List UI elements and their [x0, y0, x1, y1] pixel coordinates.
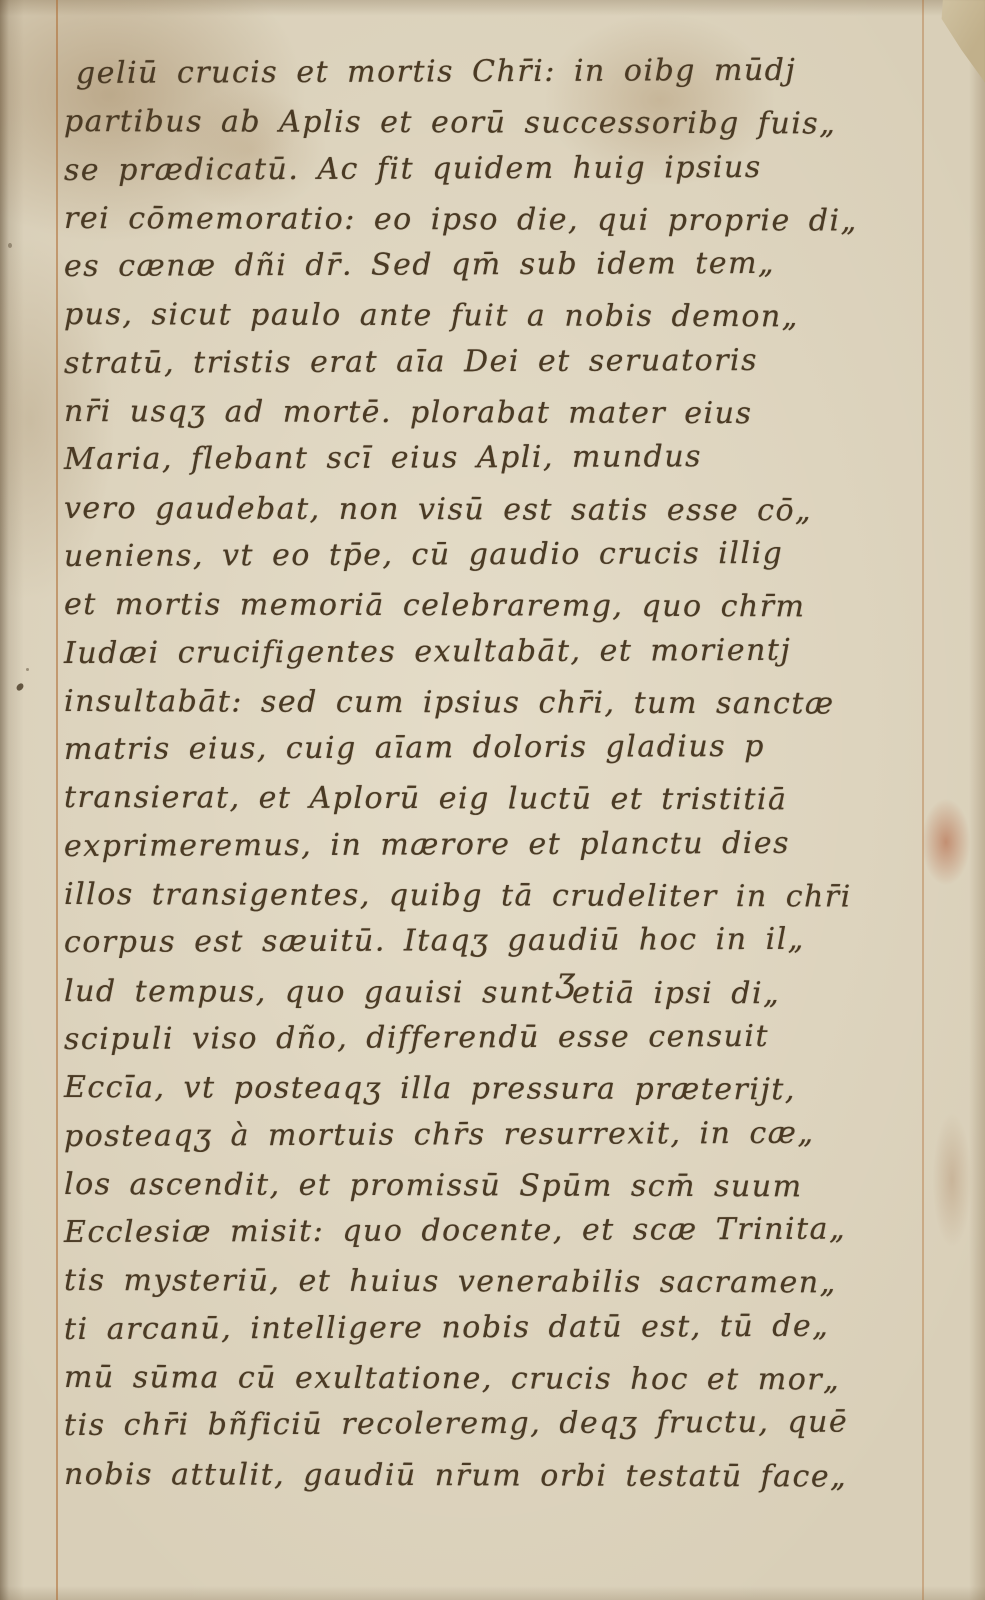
manuscript-line: pus, sicut paulo ante fuit a nobis demon… [64, 291, 964, 342]
interlinear-insertion-mark: ʒ [556, 960, 575, 1000]
ink-speck [15, 682, 25, 692]
manuscript-line: corpus est sæuitū. Itaqʒ gaudiū hoc in i… [64, 915, 964, 967]
manuscript-line: es cænæ dñi dr̄. Sed qm̄ sub idem tem„ [64, 239, 964, 291]
manuscript-line: et mortis memoriā celebraremg, quo chr̄m [64, 581, 964, 632]
manuscript-line: geliū crucis et mortis Chr̄i: in oibg mū… [64, 46, 964, 98]
manuscript-line: nobis attulit, gaudiū nr̄um orbi testatū… [64, 1451, 964, 1502]
manuscript-line: insultabāt: sed cum ipsius chr̄i, tum sa… [64, 678, 964, 729]
manuscript-line: stratū, tristis erat aīa Dei et seruator… [64, 336, 964, 388]
manuscript-line: nr̄i usqʒ ad mortē. plorabat mater eius [64, 388, 964, 439]
manuscript-line: mū sūma cū exultatione, crucis hoc et mo… [64, 1354, 964, 1405]
ink-speck [8, 243, 12, 248]
manuscript-line: tis mysteriū, et huius venerabilis sacra… [64, 1257, 964, 1308]
manuscript-line: se prædicatū. Ac fit quidem huig ipsius [64, 143, 964, 195]
left-margin-rule [56, 0, 58, 1600]
manuscript-line: tis chr̄i bñficiū recoleremg, deqʒ fruct… [64, 1398, 964, 1450]
manuscript-line: Maria, flebant scī eius Apli, mundus [64, 432, 964, 484]
manuscript-line: ti arcanū, intelligere nobis datū est, t… [64, 1302, 964, 1354]
ink-speck [26, 668, 29, 671]
manuscript-line: los ascendit, et promissū Spūm scm̄ suum [64, 1161, 964, 1212]
manuscript-line: Ecclesiæ misit: quo docente, et scæ Trin… [64, 1205, 964, 1257]
manuscript-line: ueniens, vt eo tp̄e, cū gaudio crucis il… [64, 529, 964, 581]
manuscript-line: vero gaudebat, non visū est satis esse c… [64, 485, 964, 536]
manuscript-line: transierat, et Aplorū eig luctū et trist… [64, 774, 964, 825]
manuscript-line: partibus ab Aplis et eorū successoribg f… [64, 98, 964, 149]
manuscript-line: scipuli viso dño, differendū esse censui… [64, 1012, 964, 1064]
manuscript-line: illos transigentes, quibg tā crudeliter … [64, 871, 964, 922]
manuscript-line: matris eius, cuig aīam doloris gladius p [64, 722, 964, 774]
manuscript-line: exprimeremus, in mærore et planctu dies [64, 819, 964, 871]
manuscript-line: rei cōmemoratio: eo ipso die, qui propri… [64, 195, 964, 246]
text-block: geliū crucis et mortis Chr̄i: in oibg mū… [64, 50, 964, 1499]
manuscript-page: geliū crucis et mortis Chr̄i: in oibg mū… [0, 0, 985, 1600]
manuscript-line: Iudæi crucifigentes exultabāt, et morien… [64, 626, 964, 678]
manuscript-line: Eccīa, vt posteaqʒ illa pressura præteri… [64, 1064, 964, 1115]
manuscript-line: lud tempus, quo gauisi sunt etiā ipsi di… [64, 968, 964, 1019]
manuscript-line: posteaqʒ à mortuis chr̄s resurrexit, in … [64, 1109, 964, 1161]
